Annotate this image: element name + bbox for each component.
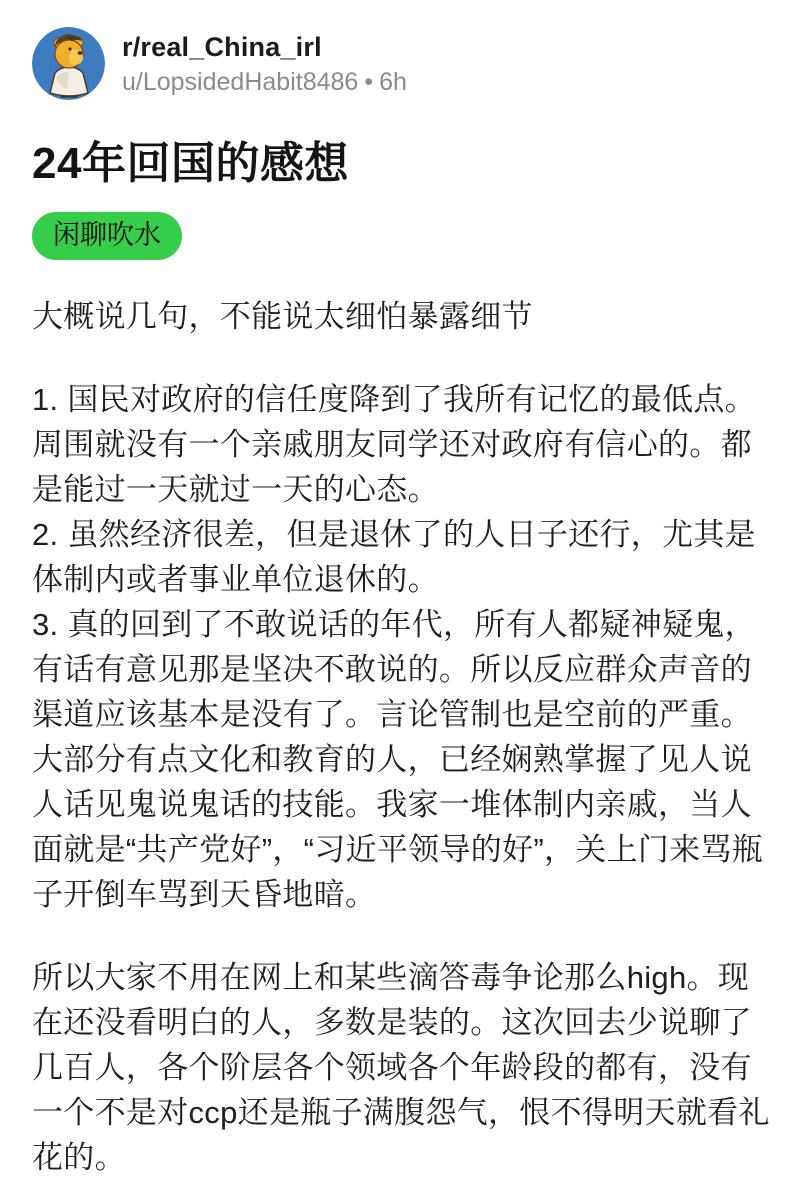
subreddit-avatar[interactable] xyxy=(32,27,105,100)
dot-separator: • xyxy=(364,68,373,96)
author-line[interactable]: u/LopsidedHabit8486•6h xyxy=(122,66,407,98)
post-age: 6h xyxy=(379,68,407,96)
post-body: 大概说几句，不能说太细怕暴露细节1. 国民对政府的信任度降到了我所有记忆的最低点… xyxy=(32,294,772,1180)
post-flair-badge[interactable]: 闲聊吹水 xyxy=(32,212,182,260)
pooh-caesar-bust-icon xyxy=(32,27,105,100)
post-paragraph: 所以大家不用在网上和某些滴答毒争论那么high。现在还没看明白的人，多数是装的。… xyxy=(32,955,772,1180)
subreddit-name[interactable]: r/real_China_irl xyxy=(122,30,407,64)
header-text: r/real_China_irl u/LopsidedHabit8486•6h xyxy=(122,30,407,98)
author-name[interactable]: u/LopsidedHabit8486 xyxy=(122,68,358,96)
post-header: r/real_China_irl u/LopsidedHabit8486•6h xyxy=(32,27,770,100)
post-paragraph: 大概说几句，不能说太细怕暴露细节 xyxy=(32,294,772,339)
post-title: 24年回国的感想 xyxy=(32,138,770,190)
post-paragraph: 1. 国民对政府的信任度降到了我所有记忆的最低点。周围就没有一个亲戚朋友同学还对… xyxy=(32,377,772,917)
post: r/real_China_irl u/LopsidedHabit8486•6h … xyxy=(0,0,800,1191)
